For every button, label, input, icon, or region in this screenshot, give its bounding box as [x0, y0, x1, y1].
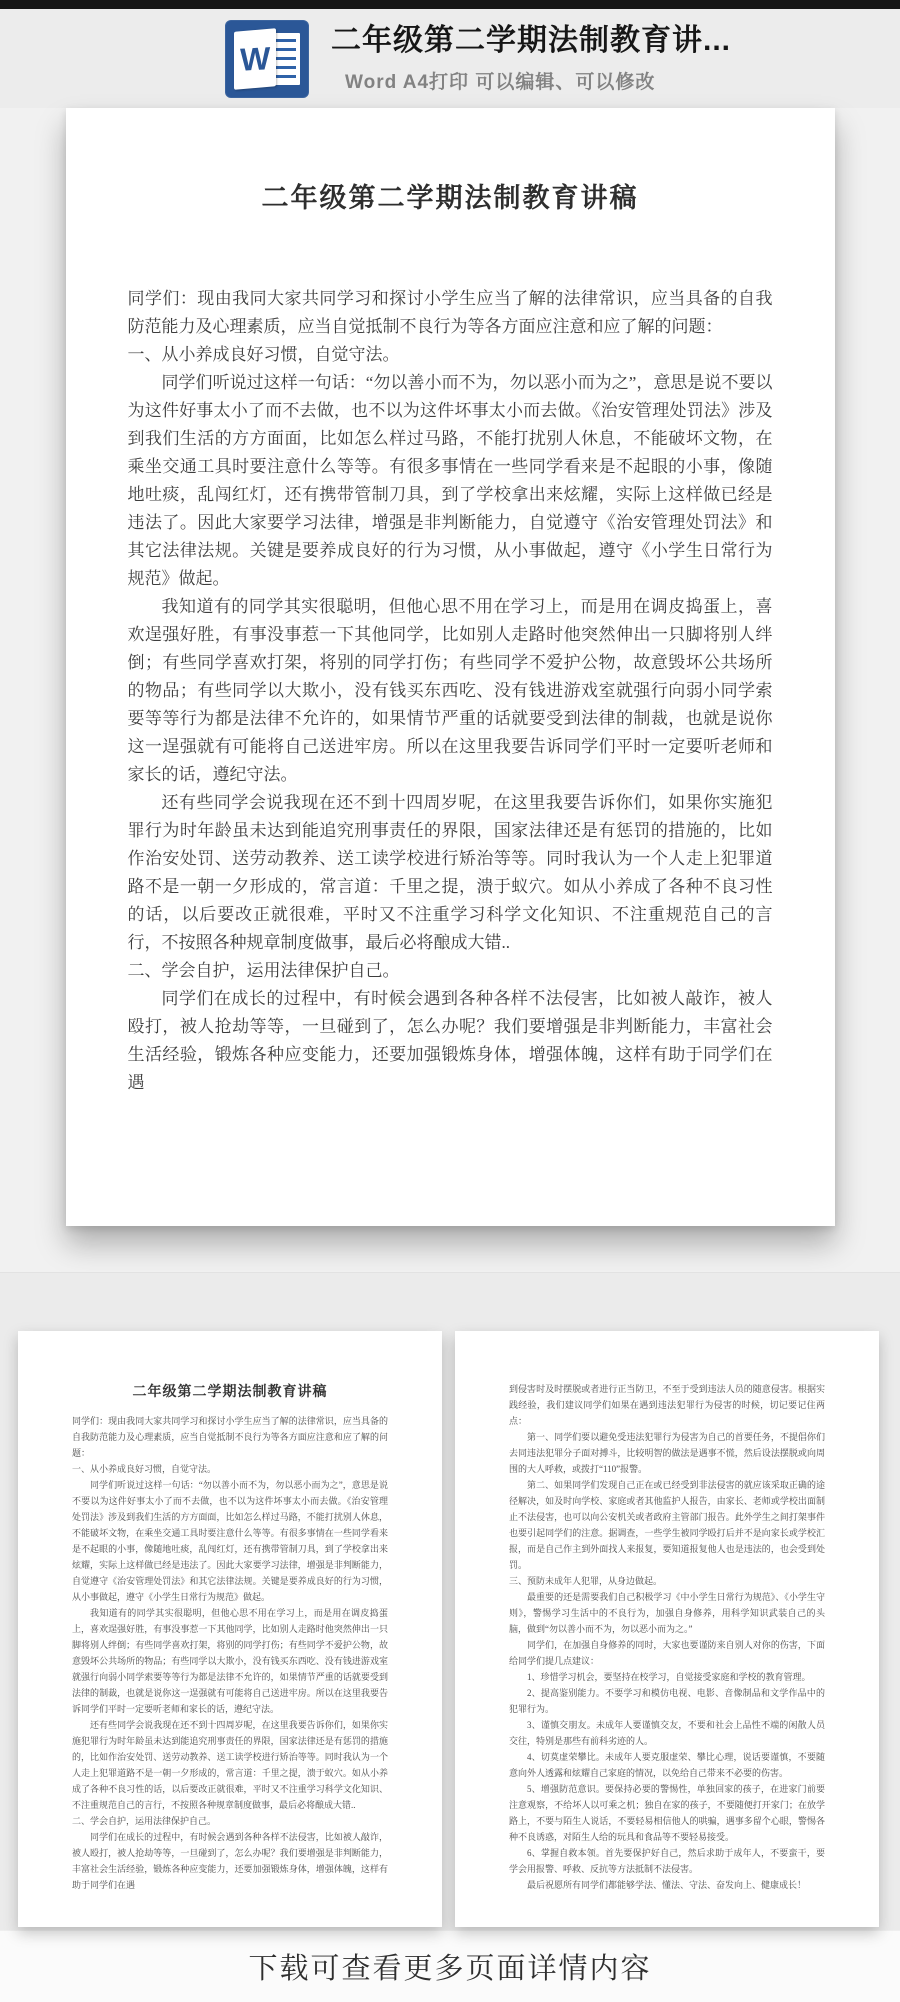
- paragraph: 5、增强防范意识。要保持必要的警惕性，单独回家的孩子，在进家门前要注意观察，不给…: [509, 1781, 825, 1845]
- page1-large-preview: 二年级第二学期法制教育讲稿 同学们：现由我同大家共同学习和探讨小学生应当了解的法…: [66, 108, 835, 1226]
- main-preview-section: 二年级第二学期法制教育讲稿 同学们：现由我同大家共同学习和探讨小学生应当了解的法…: [0, 108, 900, 1272]
- page1-thumb-title: 二年级第二学期法制教育讲稿: [18, 1381, 442, 1401]
- paragraph: 6、掌握自救本领。首先要保护好自己，然后求助于成年人，不要蛮干，要学会用报警、呼…: [509, 1845, 825, 1877]
- word-icon-page: W: [234, 28, 276, 90]
- download-hint-text: 下载可查看更多页面详情内容: [248, 1946, 651, 1987]
- page2-thumbnail[interactable]: 到侵害时及时摆脱或者进行正当防卫，不至于受到违法人员的随意侵害。根据实践经验，我…: [455, 1331, 879, 1927]
- header: W 二年级第二学期法制教育讲... Word A4打印 可以编辑、可以修改: [0, 9, 900, 108]
- paragraph: 同学们在成长的过程中，有时候会遇到各种各样不法侵害，比如被人敲诈，被人殴打，被人…: [72, 1829, 388, 1893]
- document-title-truncated: 二年级第二学期法制教育讲...: [331, 24, 731, 58]
- paragraph: 到侵害时及时摆脱或者进行正当防卫，不至于受到违法人员的随意侵害。根据实践经验，我…: [509, 1381, 825, 1429]
- word-icon-letter: W: [240, 42, 270, 76]
- paragraph: 第一、同学们要以避免受违法犯罪行为侵害为自己的首要任务，不提倡你们去同违法犯罪分…: [509, 1429, 825, 1477]
- paragraph: 同学们，在加强自身修养的同时，大家也要谨防来自别人对你的伤害，下面给同学们提几点…: [509, 1637, 825, 1669]
- word-file-icon: W: [225, 20, 309, 98]
- paragraph: 一、从小养成良好习惯，自觉守法。: [72, 1461, 388, 1477]
- document-format-subtitle: Word A4打印 可以编辑、可以修改: [331, 67, 731, 94]
- paragraph: 4、切莫虚荣攀比。未成年人要克服虚荣、攀比心理，说话要谨慎，不要随意向外人透露和…: [509, 1749, 825, 1781]
- paragraph: 一、从小养成良好习惯，自觉守法。: [128, 341, 773, 369]
- header-text: 二年级第二学期法制教育讲... Word A4打印 可以编辑、可以修改: [331, 24, 731, 94]
- paragraph: 同学们在成长的过程中，有时候会遇到各种各样不法侵害，比如被人敲诈，被人殴打，被人…: [128, 985, 773, 1097]
- paragraph: 还有些同学会说我现在还不到十四周岁呢，在这里我要告诉你们，如果你实施犯罪行为时年…: [128, 789, 773, 957]
- paragraph: 我知道有的同学其实很聪明，但他心思不用在学习上，而是用在调皮捣蛋上，喜欢逞强好胜…: [128, 593, 773, 789]
- thumbnail-section: 二年级第二学期法制教育讲稿 同学们：现由我同大家共同学习和探讨小学生应当了解的法…: [0, 1272, 900, 1930]
- page1-document-title: 二年级第二学期法制教育讲稿: [66, 183, 835, 213]
- paragraph: 最后祝愿所有同学们都能够学法、懂法、守法、奋发向上、健康成长！: [509, 1877, 825, 1893]
- top-black-bar: [0, 0, 900, 9]
- paragraph: 第二、如果同学们发现自己正在或已经受到非法侵害的就应该采取正确的途径解决，如及时…: [509, 1477, 825, 1573]
- page2-thumb-body: 到侵害时及时摆脱或者进行正当防卫，不至于受到违法人员的随意侵害。根据实践经验，我…: [455, 1381, 879, 1893]
- paragraph: 1、珍惜学习机会，要坚持在校学习，自觉接受家庭和学校的教育管理。: [509, 1669, 825, 1685]
- page1-thumbnail[interactable]: 二年级第二学期法制教育讲稿 同学们：现由我同大家共同学习和探讨小学生应当了解的法…: [18, 1331, 442, 1927]
- paragraph: 同学们听说过这样一句话：“勿以善小而不为，勿以恶小而为之”，意思是说不要以为这件…: [72, 1477, 388, 1605]
- paragraph: 同学们听说过这样一句话：“勿以善小而不为，勿以恶小而为之”，意思是说不要以为这件…: [128, 369, 773, 593]
- page1-body: 同学们：现由我同大家共同学习和探讨小学生应当了解的法律常识，应当具备的自我防范能…: [66, 285, 835, 1097]
- download-hint-bar[interactable]: 下载可查看更多页面详情内容: [0, 1930, 900, 2002]
- paragraph: 二、学会自护，运用法律保护自己。: [72, 1813, 388, 1829]
- paragraph: 二、学会自护，运用法律保护自己。: [128, 957, 773, 985]
- paragraph: 最重要的还是需要我们自己积极学习《中小学生日常行为规范》、《小学生守则》，警惕学…: [509, 1589, 825, 1637]
- paragraph: 还有些同学会说我现在还不到十四周岁呢，在这里我要告诉你们，如果你实施犯罪行为时年…: [72, 1717, 388, 1813]
- paragraph: 同学们：现由我同大家共同学习和探讨小学生应当了解的法律常识，应当具备的自我防范能…: [72, 1413, 388, 1461]
- paragraph: 同学们：现由我同大家共同学习和探讨小学生应当了解的法律常识，应当具备的自我防范能…: [128, 285, 773, 341]
- page1-thumb-body: 同学们：现由我同大家共同学习和探讨小学生应当了解的法律常识，应当具备的自我防范能…: [18, 1413, 442, 1893]
- paragraph: 3、谨慎交朋友。未成年人要谨慎交友，不要和社会上品性不端的闲散人员交往，特别是那…: [509, 1717, 825, 1749]
- paragraph: 三、预防未成年人犯罪，从身边做起。: [509, 1573, 825, 1589]
- paragraph: 2、提高鉴别能力。不要学习和模仿电视、电影、音像制品和文学作品中的犯罪行为。: [509, 1685, 825, 1717]
- paragraph: 我知道有的同学其实很聪明，但他心思不用在学习上，而是用在调皮捣蛋上，喜欢逞强好胜…: [72, 1605, 388, 1717]
